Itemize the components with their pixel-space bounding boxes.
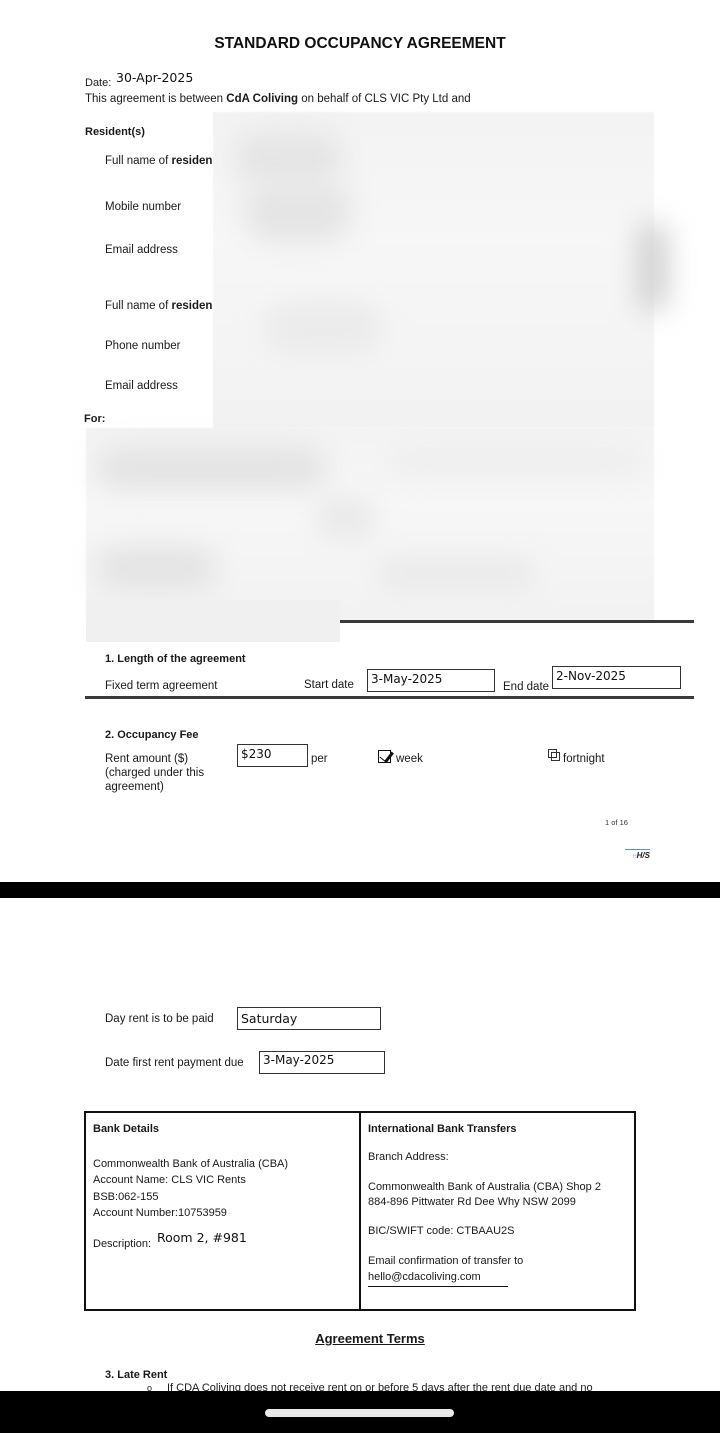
end-date-field[interactable]: 2-Nov-2025: [552, 666, 681, 689]
intro-prefix: This agreement is between: [85, 93, 226, 105]
resident-1-name-label: Full name of residen: [105, 155, 212, 167]
label-prefix: Full name of: [105, 300, 171, 312]
rent-day-label: Day rent is to be paid: [105, 1013, 214, 1025]
date-value[interactable]: 30-Apr-2025: [116, 70, 193, 85]
bsb: BSB:062-155: [93, 1191, 158, 1203]
resident-2-name-label: Full name of residen: [105, 300, 212, 312]
label-prefix: Full name of: [105, 155, 171, 167]
bank-name: Commonwealth Bank of Australia (CBA): [93, 1158, 288, 1170]
document-title: STANDARD OCCUPANCY AGREEMENT: [0, 35, 720, 53]
end-date-label: End date: [503, 681, 549, 693]
bank-details-cell: Bank Details Commonwealth Bank of Austra…: [86, 1113, 361, 1309]
redacted-property-details: [86, 428, 654, 620]
resident-2-email-label: Email address: [105, 380, 178, 392]
end-date-value: 2-Nov-2025: [556, 669, 626, 683]
redacted-resident-details: [213, 112, 654, 428]
page-number: 1 of 16: [605, 818, 628, 827]
agreement-terms-heading: Agreement Terms: [0, 1331, 720, 1346]
description-value[interactable]: Room 2, #981: [157, 1230, 247, 1245]
swift-code: BIC/SWIFT code: CTBAAU2S: [368, 1225, 515, 1237]
branch-address-line-1: Commonwealth Bank of Australia (CBA) Sho…: [368, 1181, 601, 1193]
rent-amount-field[interactable]: $230: [237, 744, 308, 767]
resident-2-phone-label: Phone number: [105, 340, 180, 352]
international-transfers-cell: International Bank Transfers Branch Addr…: [361, 1113, 634, 1309]
international-heading: International Bank Transfers: [368, 1123, 517, 1135]
first-payment-label: Date first rent payment due: [105, 1057, 244, 1069]
start-date-value: 3-May-2025: [371, 672, 442, 686]
date-label: Date:: [85, 77, 111, 89]
rent-day-field[interactable]: Saturday: [237, 1007, 381, 1030]
rent-amount-value: $230: [241, 747, 272, 761]
per-label: per: [311, 753, 328, 765]
home-indicator-handle[interactable]: [265, 1409, 454, 1417]
bank-details-heading: Bank Details: [93, 1123, 159, 1135]
email-underline: [368, 1286, 508, 1287]
first-payment-field[interactable]: 3-May-2025: [259, 1051, 385, 1074]
section-divider: [85, 696, 694, 699]
branch-address-label: Branch Address:: [368, 1151, 449, 1163]
week-label: week: [396, 753, 423, 765]
residents-heading: Resident(s): [85, 126, 145, 138]
description-label: Description:: [93, 1238, 151, 1250]
fortnight-checkbox-icon[interactable]: [548, 749, 559, 760]
account-number: Account Number:10753959: [93, 1207, 227, 1219]
start-date-field[interactable]: 3-May-2025: [367, 669, 495, 692]
page-break-bar: [0, 882, 720, 898]
fixed-term-label: Fixed term agreement: [105, 680, 218, 692]
section-2-heading: 2. Occupancy Fee: [105, 729, 199, 741]
account-name: Account Name: CLS VIC Rents: [93, 1174, 246, 1186]
initials-text: H/S: [637, 851, 650, 860]
resident-1-mobile-label: Mobile number: [105, 201, 181, 213]
section-3-heading: 3. Late Rent: [105, 1369, 167, 1381]
section-1-heading: 1. Length of the agreement: [105, 653, 246, 665]
redacted-area: [86, 600, 340, 642]
contact-email-link[interactable]: hello@cdacoliving.com: [368, 1271, 481, 1283]
email-confirmation-label: Email confirmation of transfer to: [368, 1255, 523, 1267]
section-divider: [340, 620, 694, 623]
start-date-label: Start date: [304, 679, 354, 691]
fortnight-label: fortnight: [563, 753, 605, 765]
branch-address-line-2: 884-896 Pittwater Rd Dee Why NSW 2099: [368, 1196, 576, 1208]
resident-1-email-label: Email address: [105, 244, 178, 256]
week-checkbox-checked-icon[interactable]: [378, 750, 391, 763]
rent-amount-label: Rent amount ($) (charged under this agre…: [105, 752, 225, 794]
rent-day-value: Saturday: [241, 1011, 297, 1026]
first-payment-value: 3-May-2025: [263, 1053, 334, 1067]
bank-details-table: Bank Details Commonwealth Bank of Austra…: [84, 1111, 636, 1311]
intro-suffix: on behalf of CLS VIC Pty Ltd and: [298, 93, 471, 105]
label-bold: residen: [171, 155, 212, 167]
agreement-intro: This agreement is between CdA Coliving o…: [85, 93, 471, 105]
label-bold: residen: [171, 300, 212, 312]
for-label: For:: [84, 413, 105, 425]
intro-company: CdA Coliving: [226, 93, 298, 105]
initials-signature: HH/S: [625, 849, 650, 861]
